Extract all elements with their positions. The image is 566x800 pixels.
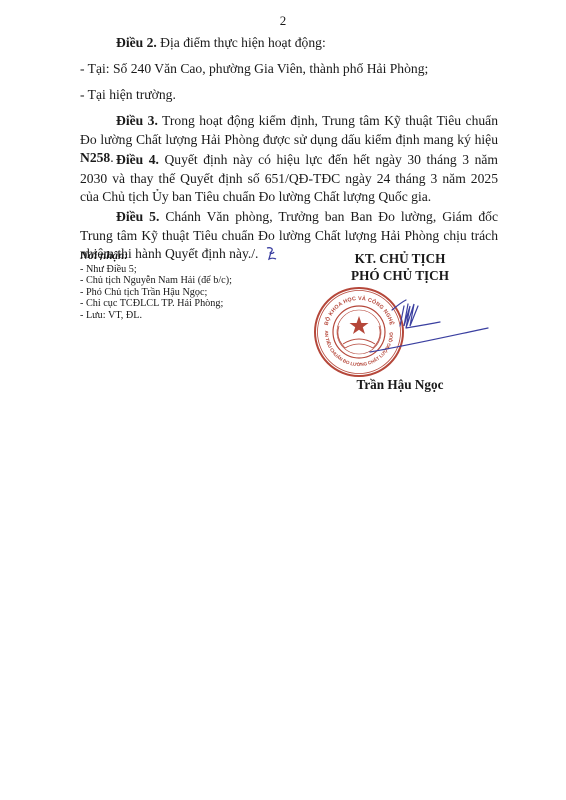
page-number: 2 [0,13,566,29]
recipient-item: - Như Điều 5; [80,264,232,276]
recipient-item: - Chi cục TCĐLCL TP. Hải Phòng; [80,298,232,310]
signer-title: PHÓ CHỦ TỊCH [300,267,500,284]
signature-block: KT. CHỦ TỊCH PHÓ CHỦ TỊCH BỘ KHOA HỌC VÀ… [300,250,500,284]
article-2-heading: Điều 2. Địa điểm thực hiện hoạt động: [116,35,326,51]
recipient-item: - Lưu: VT, ĐL. [80,310,232,322]
recipients-title: Nơi nhận: [80,251,232,263]
article-2-item: - Tại hiện trường. [80,87,176,103]
signer-authority: KT. CHỦ TỊCH [300,250,500,267]
article-3-label: Điều 3. [116,113,158,128]
signer-name: Trần Hậu Ngọc [300,377,500,393]
article-4-label: Điều 4. [116,152,159,167]
article-2-label: Điều 2. [116,35,157,50]
article-2-text: Địa điểm thực hiện hoạt động: [157,35,326,50]
article-2-item: - Tại: Số 240 Văn Cao, phường Gia Viên, … [80,61,428,77]
recipients-list: Nơi nhận: - Như Điều 5; - Chủ tịch Nguyễ… [80,251,232,322]
handwritten-signature-icon [340,290,490,360]
recipient-item: - Phó Chủ tịch Trần Hậu Ngọc; [80,287,232,299]
initial-mark-icon [264,246,278,262]
article-4: Điều 4. Quyết định này có hiệu lực đến h… [80,151,498,207]
recipient-item: - Chủ tịch Nguyễn Nam Hải (để b/c); [80,275,232,287]
article-5-label: Điều 5. [116,209,159,224]
